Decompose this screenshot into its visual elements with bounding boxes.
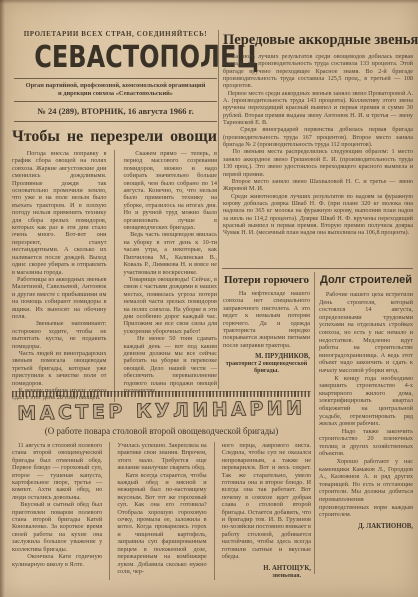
newspaper-page: ПРОЛЕТАРИИ ВСЕХ СТРАН, СОЕДИНЯЙТЕСЬ! СЕВ… bbox=[0, 0, 418, 597]
masthead: ПРОЛЕТАРИИ ВСЕХ СТРАН, СОЕДИНЯЙТЕСЬ! СЕВ… bbox=[14, 30, 217, 125]
masthead-org-line-1: Орган партийной, профсоюзной, комсомольс… bbox=[14, 82, 217, 90]
article-cookery-col3-text: ного перца, лаврового листа. Следила, чт… bbox=[222, 442, 311, 561]
masthead-rule-2 bbox=[14, 101, 217, 102]
article-fuel-body: На нефтескладе нашего совхоза нет специа… bbox=[223, 290, 310, 349]
article-builders-body: Рабочие нашего цеха встретили День строи… bbox=[319, 291, 413, 519]
article-vegetables-col1: Погода внесла поправку в график сбора ов… bbox=[12, 150, 106, 402]
article-cookery-col2: Училась успешно. Закрепляла на практике … bbox=[109, 442, 206, 580]
section-rule-right bbox=[222, 268, 413, 269]
newspaper-title: СЕВАСТОПОЛЕЦ bbox=[34, 41, 196, 75]
column-rule-right bbox=[314, 272, 315, 574]
masthead-rule-3 bbox=[14, 121, 217, 122]
article-cookery: МАСТЕР КУЛИНАРИИ (О работе повара столов… bbox=[12, 399, 311, 580]
article-cookery-columns: 11 августа в столовой полевого стана вто… bbox=[12, 442, 311, 580]
masthead-slogan: ПРОЛЕТАРИИ ВСЕХ СТРАН, СОЕДИНЯЙТЕСЬ! bbox=[14, 30, 217, 38]
article-leaders-body: За июль лучших результатов среди овощево… bbox=[223, 53, 413, 237]
article-vegetables: Чтобы не перезрели овощи Погода внесла п… bbox=[12, 127, 217, 402]
article-cookery-signature: Н. АНТОЩУК, bbox=[222, 565, 311, 573]
article-builders-headline: Долг строителей bbox=[319, 273, 413, 287]
masthead-rule-1 bbox=[14, 78, 217, 79]
article-cookery-headline: МАСТЕР КУЛИНАРИИ bbox=[12, 396, 311, 426]
article-fuel-headline: Потери горючего bbox=[223, 273, 310, 287]
masthead-org-line-2: и дирекции совхоза «Севастопольский» bbox=[14, 90, 217, 98]
article-cookery-signature-role: звеньевая. bbox=[222, 573, 311, 580]
page-edge-shadow-left bbox=[0, 0, 5, 597]
article-vegetables-headline: Чтобы не перезрели овощи bbox=[12, 127, 217, 146]
article-leaders: Передовые аккордные звенья За июль лучши… bbox=[223, 31, 413, 237]
article-cookery-col1: 11 августа в столовой полевого стана вто… bbox=[12, 442, 102, 580]
issue-line: № 24 (289), ВТОРНИК, 16 августа 1966 г. bbox=[14, 105, 217, 118]
article-builders: Долг строителей Рабочие нашего цеха встр… bbox=[319, 273, 413, 531]
article-cookery-col3: ного перца, лаврового листа. Следила, чт… bbox=[214, 442, 311, 580]
article-leaders-headline: Передовые аккордные звенья bbox=[223, 31, 413, 49]
article-vegetables-col2: Скажем прямо — теперь, в период массовог… bbox=[114, 150, 217, 402]
article-cookery-subtitle: (О работе повара столовой второй овощево… bbox=[12, 425, 311, 437]
article-builders-signature: Д. ЛАКТИОНОВ, bbox=[319, 523, 413, 531]
article-fuel-signature-role: тракторист 2 овощеводческой бригады. bbox=[223, 361, 310, 375]
page-edge-shadow-top bbox=[0, 0, 418, 4]
article-vegetables-columns: Погода внесла поправку в график сбора ов… bbox=[12, 150, 217, 402]
article-fuel: Потери горючего На нефтескладе нашего со… bbox=[223, 273, 310, 375]
